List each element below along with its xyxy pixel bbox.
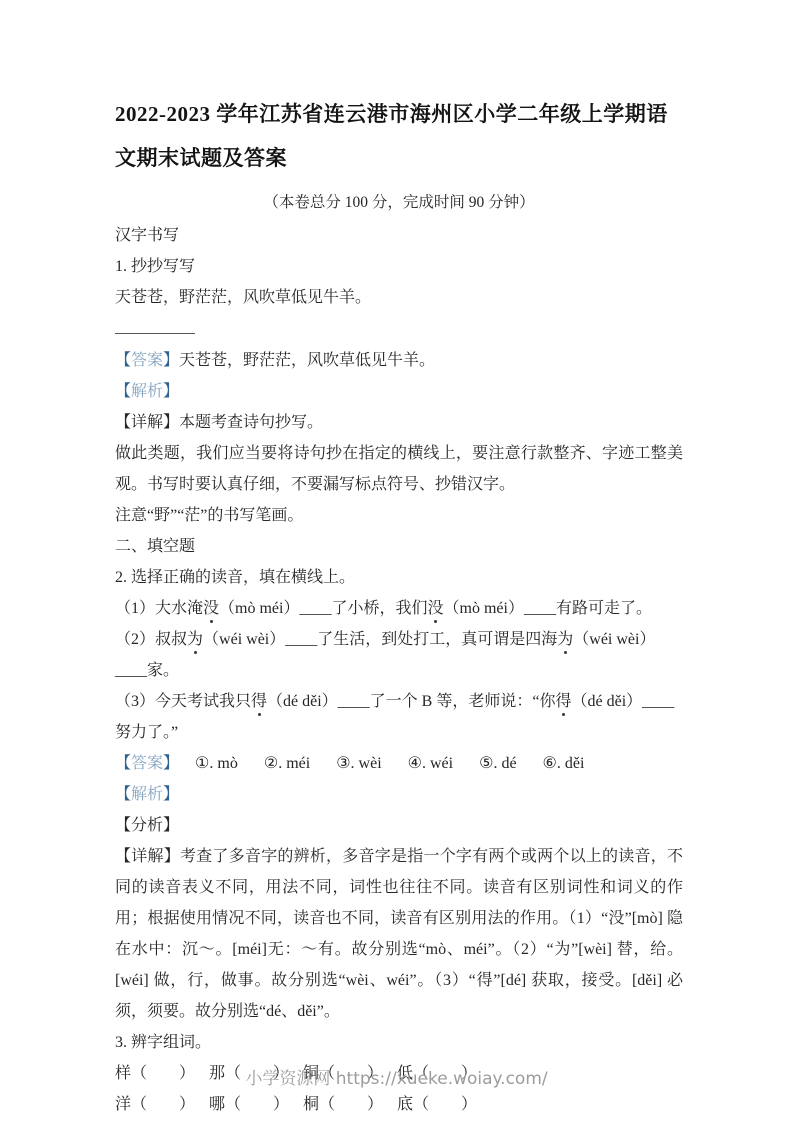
question-1-title: 1. 抄抄写写 [115, 251, 683, 282]
answer-label-group: 【答案】 [115, 748, 179, 779]
answer-blank-line [115, 313, 195, 334]
word-group-cell: 哪（ ） [209, 1089, 289, 1120]
q2-jiexi-line: 【解析】 [115, 779, 683, 810]
answer-items: ①. mò ②. méi ③. wèi ④. wéi ⑤. dé ⑥. děi [195, 748, 584, 779]
section-heading-tiankong: 二、填空题 [115, 531, 683, 562]
question-2-title: 2. 选择正确的读音，填在横线上。 [115, 562, 683, 593]
exam-document-page: 2022-2023 学年江苏省连云港市海州区小学二年级上学期语 文期末试题及答案… [0, 0, 793, 1122]
q2-item-1-text: （1）大水淹 [115, 600, 203, 617]
q2-answer-line: 【答案】 ①. mò ②. méi ③. wèi ④. wéi ⑤. dé ⑥.… [115, 748, 683, 779]
section-heading-hanzi: 汉字书写 [115, 220, 683, 251]
title-line-1: 2022-2023 学年江苏省连云港市海州区小学二年级上学期语 [115, 92, 683, 136]
word-group-row-2: 洋（ ） 哪（ ） 桐（ ） 底（ ） [115, 1089, 683, 1120]
q1-explanation-paragraph: 做此类题，我们应当要将诗句抄在指定的横线上，要注意行款整齐、字迹工整美观。书写时… [115, 438, 683, 500]
q2-item-1-text: （mò méi）____了小桥，我们 [219, 600, 427, 617]
site-watermark: 小学资源网 https://xueke.woiay.com/ [0, 1066, 793, 1092]
answer-item: ①. mò [195, 748, 238, 779]
word-group-cell: 桐（ ） [303, 1089, 383, 1120]
word-group-cell: 洋（ ） [115, 1089, 195, 1120]
answer-label-bracket-open: 【 [115, 352, 131, 369]
answer-item: ②. méi [264, 748, 310, 779]
question-3-title: 3. 辨字组词。 [115, 1027, 683, 1058]
title-line-2: 文期末试题及答案 [115, 136, 683, 180]
jiexi-label-bracket-open: 【 [115, 786, 131, 803]
answer-label-bracket-close: 】 [163, 352, 179, 369]
q2-item-2-text: （wéi wèi）____了生活，到处打工，真可谓是四海 [203, 631, 557, 648]
jiexi-label-bracket-open: 【 [115, 383, 131, 400]
jiexi-label-bracket-close: 】 [163, 786, 179, 803]
exam-subtitle: （本卷总分 100 分，完成时间 90 分钟） [115, 188, 683, 218]
q1-note-line: 注意“野”“茫”的书写笔画。 [115, 500, 683, 531]
answer-item: ④. wéi [408, 748, 453, 779]
emphasized-char: 为 [557, 624, 573, 655]
emphasized-char: 得 [251, 686, 267, 717]
q2-item-1: （1）大水淹没（mò méi）____了小桥，我们没（mò méi）____有路… [115, 593, 683, 624]
emphasized-char: 没 [203, 593, 219, 624]
document-body: 汉字书写 1. 抄抄写写 天苍苍，野茫茫，风吹草低见牛羊。 【答案】天苍苍，野茫… [115, 220, 683, 1120]
answer-label: 答案 [131, 755, 163, 772]
q2-item-1-text: （mò méi）____有路可走了。 [444, 600, 652, 617]
q2-item-2-text: （2）叔叔 [115, 631, 187, 648]
poem-line: 天苍苍，野茫茫，风吹草低见牛羊。 [115, 282, 683, 313]
answer-item: ⑥. děi [543, 748, 585, 779]
emphasized-char: 没 [427, 593, 443, 624]
q2-item-3: （3）今天考试我只得（dé děi）____了一个 B 等，老师说：“你得（dé… [115, 686, 683, 748]
emphasized-char: 为 [187, 624, 203, 655]
q2-explanation-paragraph: 【详解】考查了多音字的辨析，多音字是指一个字有两个或两个以上的读音，不同的读音表… [115, 841, 683, 1027]
word-group-cell: 底（ ） [397, 1089, 477, 1120]
jiexi-label: 解析 [131, 383, 163, 400]
answer-item: ③. wèi [336, 748, 381, 779]
page-title: 2022-2023 学年江苏省连云港市海州区小学二年级上学期语 文期末试题及答案 [115, 92, 683, 180]
q2-fenxi-line: 【分析】 [115, 810, 683, 841]
jiexi-label: 解析 [131, 786, 163, 803]
answer-label: 答案 [131, 352, 163, 369]
answer-item: ⑤. dé [479, 748, 516, 779]
q1-xiangjie-line: 【详解】本题考查诗句抄写。 [115, 407, 683, 438]
answer-label-bracket-close: 】 [163, 755, 179, 772]
q2-item-3-text: （3）今天考试我只 [115, 693, 251, 710]
q2-item-2: （2）叔叔为（wéi wèi）____了生活，到处打工，真可谓是四海为（wéi … [115, 624, 683, 686]
q1-answer-text: 天苍苍，野茫茫，风吹草低见牛羊。 [179, 352, 435, 369]
jiexi-label-bracket-close: 】 [163, 383, 179, 400]
answer-label-bracket-open: 【 [115, 755, 131, 772]
q1-answer-line: 【答案】天苍苍，野茫茫，风吹草低见牛羊。 [115, 345, 683, 376]
q1-jiexi-line: 【解析】 [115, 376, 683, 407]
q2-item-3-text: （dé děi）____了一个 B 等，老师说：“你 [267, 693, 555, 710]
emphasized-char: 得 [555, 686, 571, 717]
